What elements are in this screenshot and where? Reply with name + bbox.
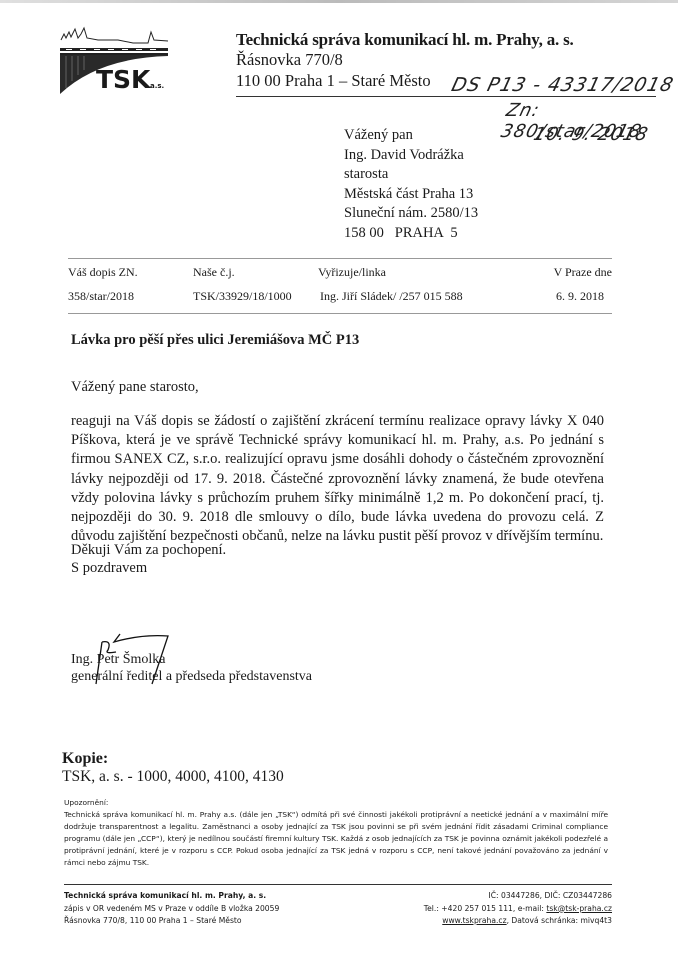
recipient-line: Ing. David Vodrážka — [344, 146, 478, 166]
reference-header: Váš dopis ZN. — [68, 265, 138, 280]
recipient-line: Sluneční nám. 2580/13 — [344, 204, 478, 224]
recipient-line: Městská část Praha 13 — [344, 185, 478, 205]
footer-phone-email: Tel.: +420 257 015 111, e-mail: tsk@tsk-… — [424, 903, 612, 916]
notice-title: Upozornění: — [64, 797, 608, 809]
recipient-address: Vážený pan Ing. David Vodrážka starosta … — [344, 126, 478, 243]
footer-address: Řásnovka 770/8, 110 00 Praha 1 – Staré M… — [64, 915, 279, 928]
footer-databox: , Datová schránka: mivq4t3 — [507, 916, 612, 925]
scan-top-edge — [0, 0, 678, 3]
reference-table: Váš dopis ZN. Naše č.j. Vyřizuje/linka V… — [68, 265, 612, 313]
footer-email-link[interactable]: tsk@tsk-praha.cz — [546, 904, 612, 913]
compliance-notice: Upozornění: Technická správa komunikací … — [64, 797, 608, 869]
closing-thanks: Děkuji Vám za pochopení. — [71, 541, 226, 559]
company-city: 110 00 Praha 1 – Staré Město — [236, 71, 431, 91]
signer-name: Ing. Petr Šmolka — [71, 651, 312, 668]
letter-subject: Lávka pro pěší přes ulici Jeremiášova MČ… — [71, 332, 359, 349]
footer-company-name: Technická správa komunikací hl. m. Prahy… — [64, 890, 279, 903]
tsk-logo-icon: TSK a.s. — [58, 26, 170, 98]
reference-value: TSK/33929/18/1000 — [193, 289, 292, 304]
footer-rule — [64, 884, 612, 885]
header-rule — [236, 96, 656, 97]
svg-text:TSK: TSK — [96, 65, 152, 94]
handwritten-registry-number: DS P13 - 43317/2018 — [449, 74, 676, 96]
footer-phone: Tel.: +420 257 015 111, e-mail: — [424, 904, 547, 913]
reference-value: 6. 9. 2018 — [556, 289, 604, 304]
footer-web-link[interactable]: www.tskpraha.cz — [442, 916, 506, 925]
reference-values: 358/star/2018 TSK/33929/18/1000 Ing. Jiř… — [68, 289, 612, 313]
reference-header: Naše č.j. — [193, 265, 235, 280]
reference-header: V Praze dne — [554, 265, 612, 280]
notice-text: Technická správa komunikací hl. m. Prahy… — [64, 809, 608, 869]
signer-block: Ing. Petr Šmolka generální ředitel a pře… — [71, 651, 312, 685]
footer-company-info: Technická správa komunikací hl. m. Prahy… — [64, 890, 279, 928]
copies-title: Kopie: — [62, 750, 108, 768]
handwritten-date: 10. 9. 2018 — [531, 124, 650, 145]
copies-list: TSK, a. s. - 1000, 4000, 4100, 4130 — [62, 768, 284, 786]
reference-bottom-rule — [68, 313, 612, 314]
recipient-line: starosta — [344, 165, 478, 185]
letter-body: reaguji na Váš dopis se žádostí o zajišt… — [71, 412, 604, 546]
footer-registry: zápis v OR vedeném MS v Praze v oddíle B… — [64, 903, 279, 916]
letter-closing: Děkuji Vám za pochopení. S pozdravem — [71, 541, 226, 577]
footer-ids: IČ: 03447286, DIČ: CZ03447286 — [424, 890, 612, 903]
recipient-line: Vážený pan — [344, 126, 478, 146]
company-street: Řásnovka 770/8 — [236, 50, 343, 70]
svg-text:a.s.: a.s. — [150, 82, 164, 90]
reference-top-rule — [68, 258, 612, 259]
footer-web-databox: www.tskpraha.cz, Datová schránka: mivq4t… — [424, 915, 612, 928]
footer-contact-info: IČ: 03447286, DIČ: CZ03447286 Tel.: +420… — [424, 890, 612, 928]
reference-headers: Váš dopis ZN. Naše č.j. Vyřizuje/linka V… — [68, 265, 612, 289]
signer-title: generální ředitel a předseda představens… — [71, 668, 312, 685]
recipient-line: 158 00 PRAHA 5 — [344, 224, 478, 244]
reference-value: 358/star/2018 — [68, 289, 134, 304]
company-name: Technická správa komunikací hl. m. Prahy… — [236, 30, 574, 50]
reference-value: Ing. Jiří Sládek/ /257 015 588 — [320, 289, 463, 304]
letter-salutation: Vážený pane starosto, — [71, 379, 199, 396]
closing-regards: S pozdravem — [71, 559, 226, 577]
reference-header: Vyřizuje/linka — [318, 265, 386, 280]
